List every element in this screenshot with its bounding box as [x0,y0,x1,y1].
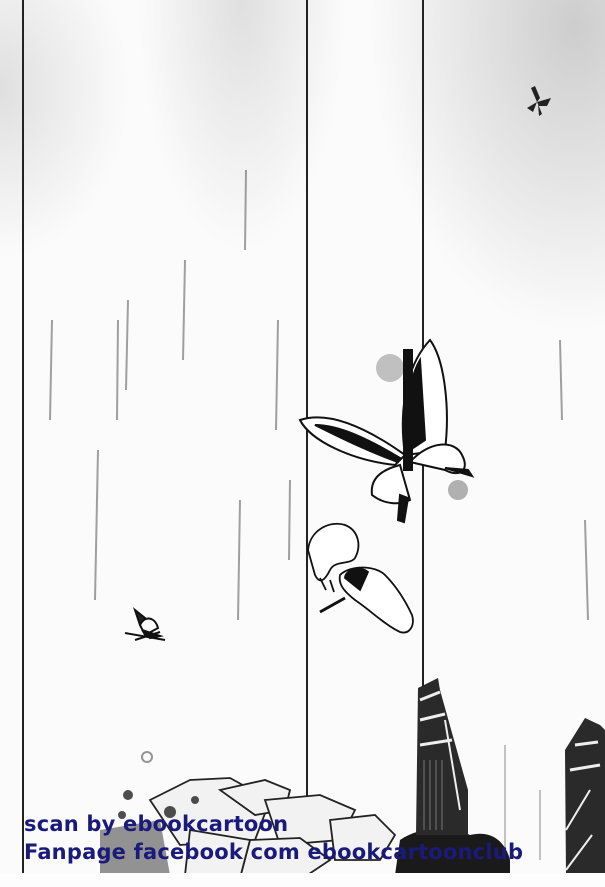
watermark-line-1: scan by ebookcartoon [24,812,288,836]
moth-icon [125,610,165,640]
manga-page: scan by ebookcartoon Fanpage facebook co… [0,0,605,887]
building-icon-1 [416,678,468,835]
page-bottom-margin [0,873,605,887]
falling-figures [308,524,413,633]
illustration-layer [0,0,605,887]
watermark-line-2: Fanpage facebook com ebookcartoonclub [24,840,523,864]
butterfly-icon [527,86,551,116]
building-icon-2 [565,718,605,875]
